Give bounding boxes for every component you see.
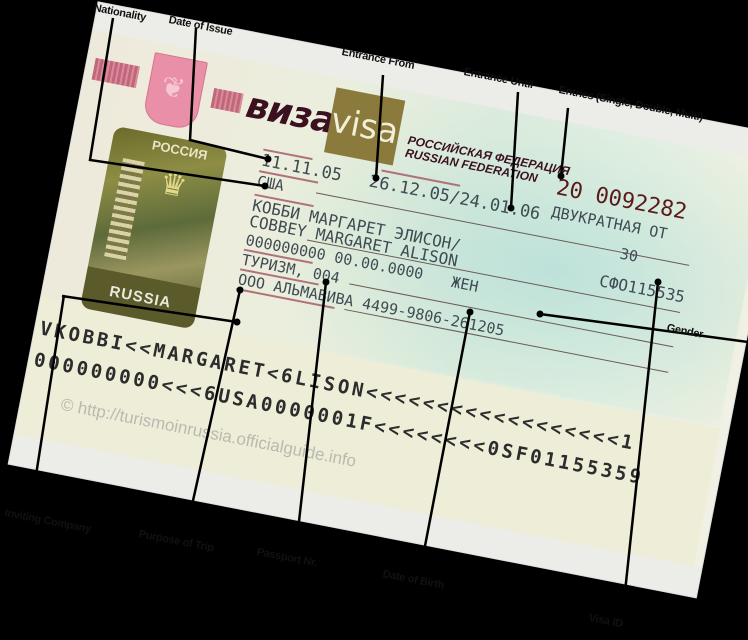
annotated-visa-image: виза visa РОССИЙСКАЯ ФЕДЕРАЦИЯ RUSSIAN F… bbox=[0, 0, 748, 640]
annotation-lines bbox=[0, 0, 748, 640]
